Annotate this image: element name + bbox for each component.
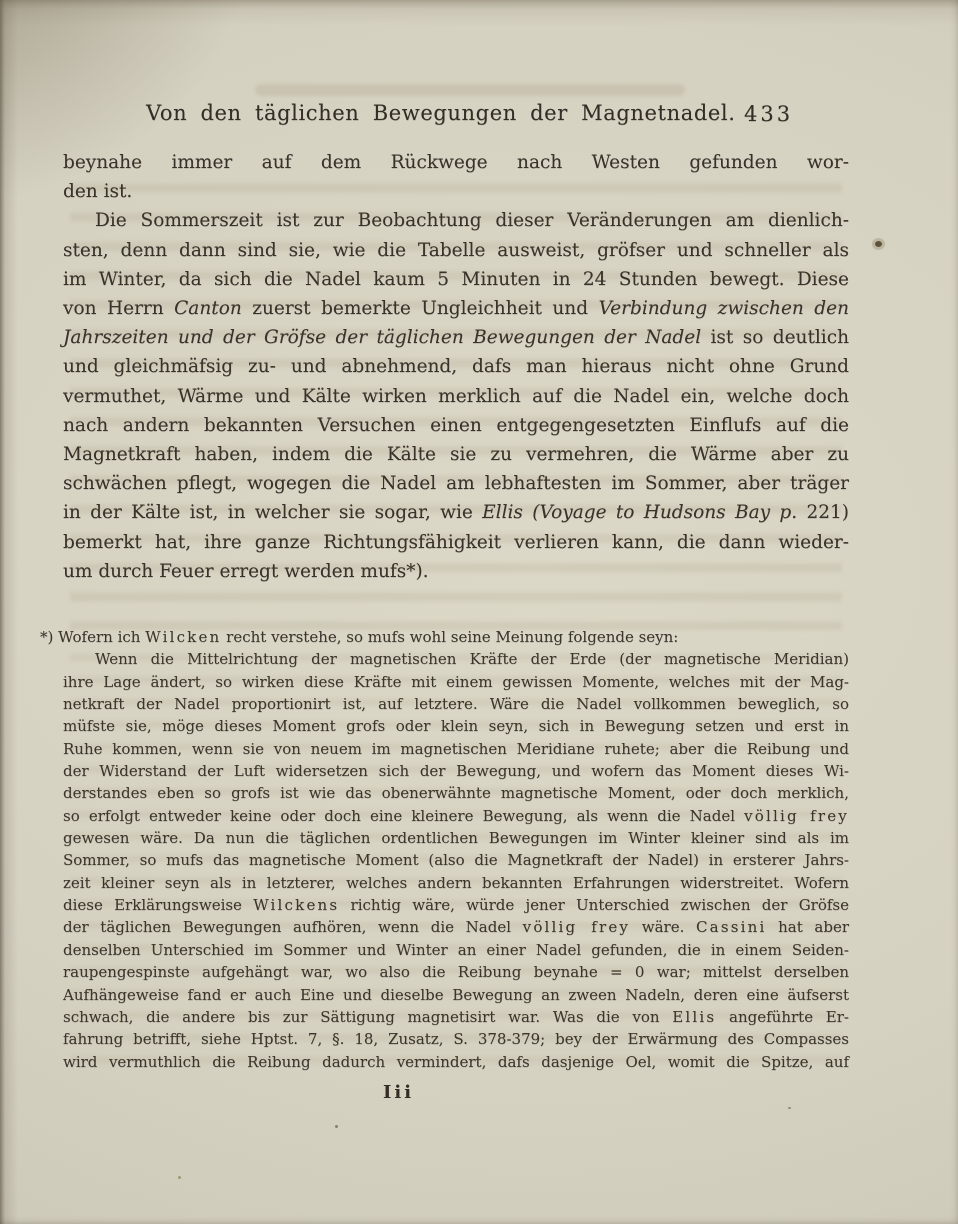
letterspaced-text: Cassini [696,918,766,936]
text-line: Ruhe kommen, wenn sie von neuem im magne… [63,738,849,760]
body-text: beynahe immer auf dem Rückwege nach West… [63,148,849,586]
footnote-paragraph: *) Wofern ich Wilcken recht verstehe, so… [63,626,849,1073]
text-line: raupengespinste aufgehängt war, wo also … [63,961,849,983]
letterspaced-text: Wilckens [253,896,339,914]
text-line: fahrung betrifft, siehe Hptst. 7, §. 18,… [63,1028,849,1050]
italic-text: Jahrszeiten und der Gröfse der täglichen… [63,327,701,348]
text-line: nach andern bekannten Versuchen einen en… [63,411,849,440]
text-line: beynahe immer auf dem Rückwege nach West… [63,148,849,177]
signature-mark: Iii [383,1082,414,1103]
text-line: Aufhängeweise fand er auch Eine und dies… [63,984,849,1006]
italic-text: Canton [174,298,242,319]
text-line: Jahrszeiten und der Gröfse der täglichen… [63,323,849,352]
text-line: so erfolgt entweder keine oder doch eine… [63,805,849,827]
text-line: Wenn die Mittelrichtung der magnetischen… [63,648,849,670]
text-line: derstandes eben so grofs ist wie das obe… [63,782,849,804]
text-line: in der Kälte ist, in welcher sie sogar, … [63,498,849,527]
paragraph: Die Sommerszeit ist zur Beobachtung dies… [63,206,849,586]
text-line: *) Wofern ich Wilcken recht verstehe, so… [63,626,849,648]
text-line: schwächen pflegt, wogegen die Nadel am l… [63,469,849,498]
book-page-scan: Von den täglichen Bewegungen der Magnetn… [0,0,958,1224]
ink-speck [788,1107,791,1109]
page-title: Von den täglichen Bewegungen der Magnetn… [146,101,735,125]
page-number: 433 [744,102,793,126]
ghost-showthrough-header [255,84,685,96]
footnote-block: *) Wofern ich Wilcken recht verstehe, so… [63,626,849,1073]
letterspaced-text: Wilcken [145,628,221,646]
text-line: zeit kleiner seyn als in letzterer, welc… [63,872,849,894]
ink-speck [875,241,882,247]
text-line: und gleichmäfsig zu- und abnehmend, dafs… [63,352,849,381]
letterspaced-text: völlig frey [744,807,849,825]
text-line: netkraft der Nadel proportionirt ist, au… [63,693,849,715]
text-line: um durch Feuer erregt werden mufs*). [63,557,849,586]
text-line: im Winter, da sich die Nadel kaum 5 Minu… [63,265,849,294]
text-line: schwach, die andere bis zur Sättigung ma… [63,1006,849,1028]
text-line: müfste sie, möge dieses Moment grofs ode… [63,715,849,737]
ink-speck [335,1125,338,1128]
text-line: der Widerstand der Luft widersetzen sich… [63,760,849,782]
text-line: Die Sommerszeit ist zur Beobachtung dies… [63,206,849,235]
letterspaced-text: Ellis [672,1008,716,1026]
text-line: denselben Unterschied im Sommer und Wint… [63,939,849,961]
text-line: Magnetkraft haben, indem die Kälte sie z… [63,440,849,469]
text-line: diese Erklärungsweise Wilckens richtig w… [63,894,849,916]
text-line: Sommer, so mufs das magnetische Moment (… [63,849,849,871]
text-line: der täglichen Bewegungen aufhören, wenn … [63,916,849,938]
text-line: vermuthet, Wärme und Kälte wirken merkli… [63,382,849,411]
text-line: bemerkt hat, ihre ganze Richtungsfähigke… [63,528,849,557]
text-line: den ist. [63,177,849,206]
text-line: gewesen wäre. Da nun die täglichen orden… [63,827,849,849]
text-line: wird vermuthlich die Reibung dadurch ver… [63,1051,849,1073]
paragraph: beynahe immer auf dem Rückwege nach West… [63,148,849,206]
letterspaced-text: völlig frey [523,918,630,936]
running-header: Von den täglichen Bewegungen der Magnetn… [0,101,958,135]
text-line: von Herrn Canton zuerst bemerkte Ungleic… [63,294,849,323]
ink-speck [178,1176,181,1179]
italic-text: Ellis (Voyage to Hudsons Bay p. [482,502,797,523]
text-line: ihre Lage ändert, so wirken diese Kräfte… [63,671,849,693]
text-line: sten, denn dann sind sie, wie die Tabell… [63,236,849,265]
italic-text: Verbindung zwischen den [599,298,849,319]
